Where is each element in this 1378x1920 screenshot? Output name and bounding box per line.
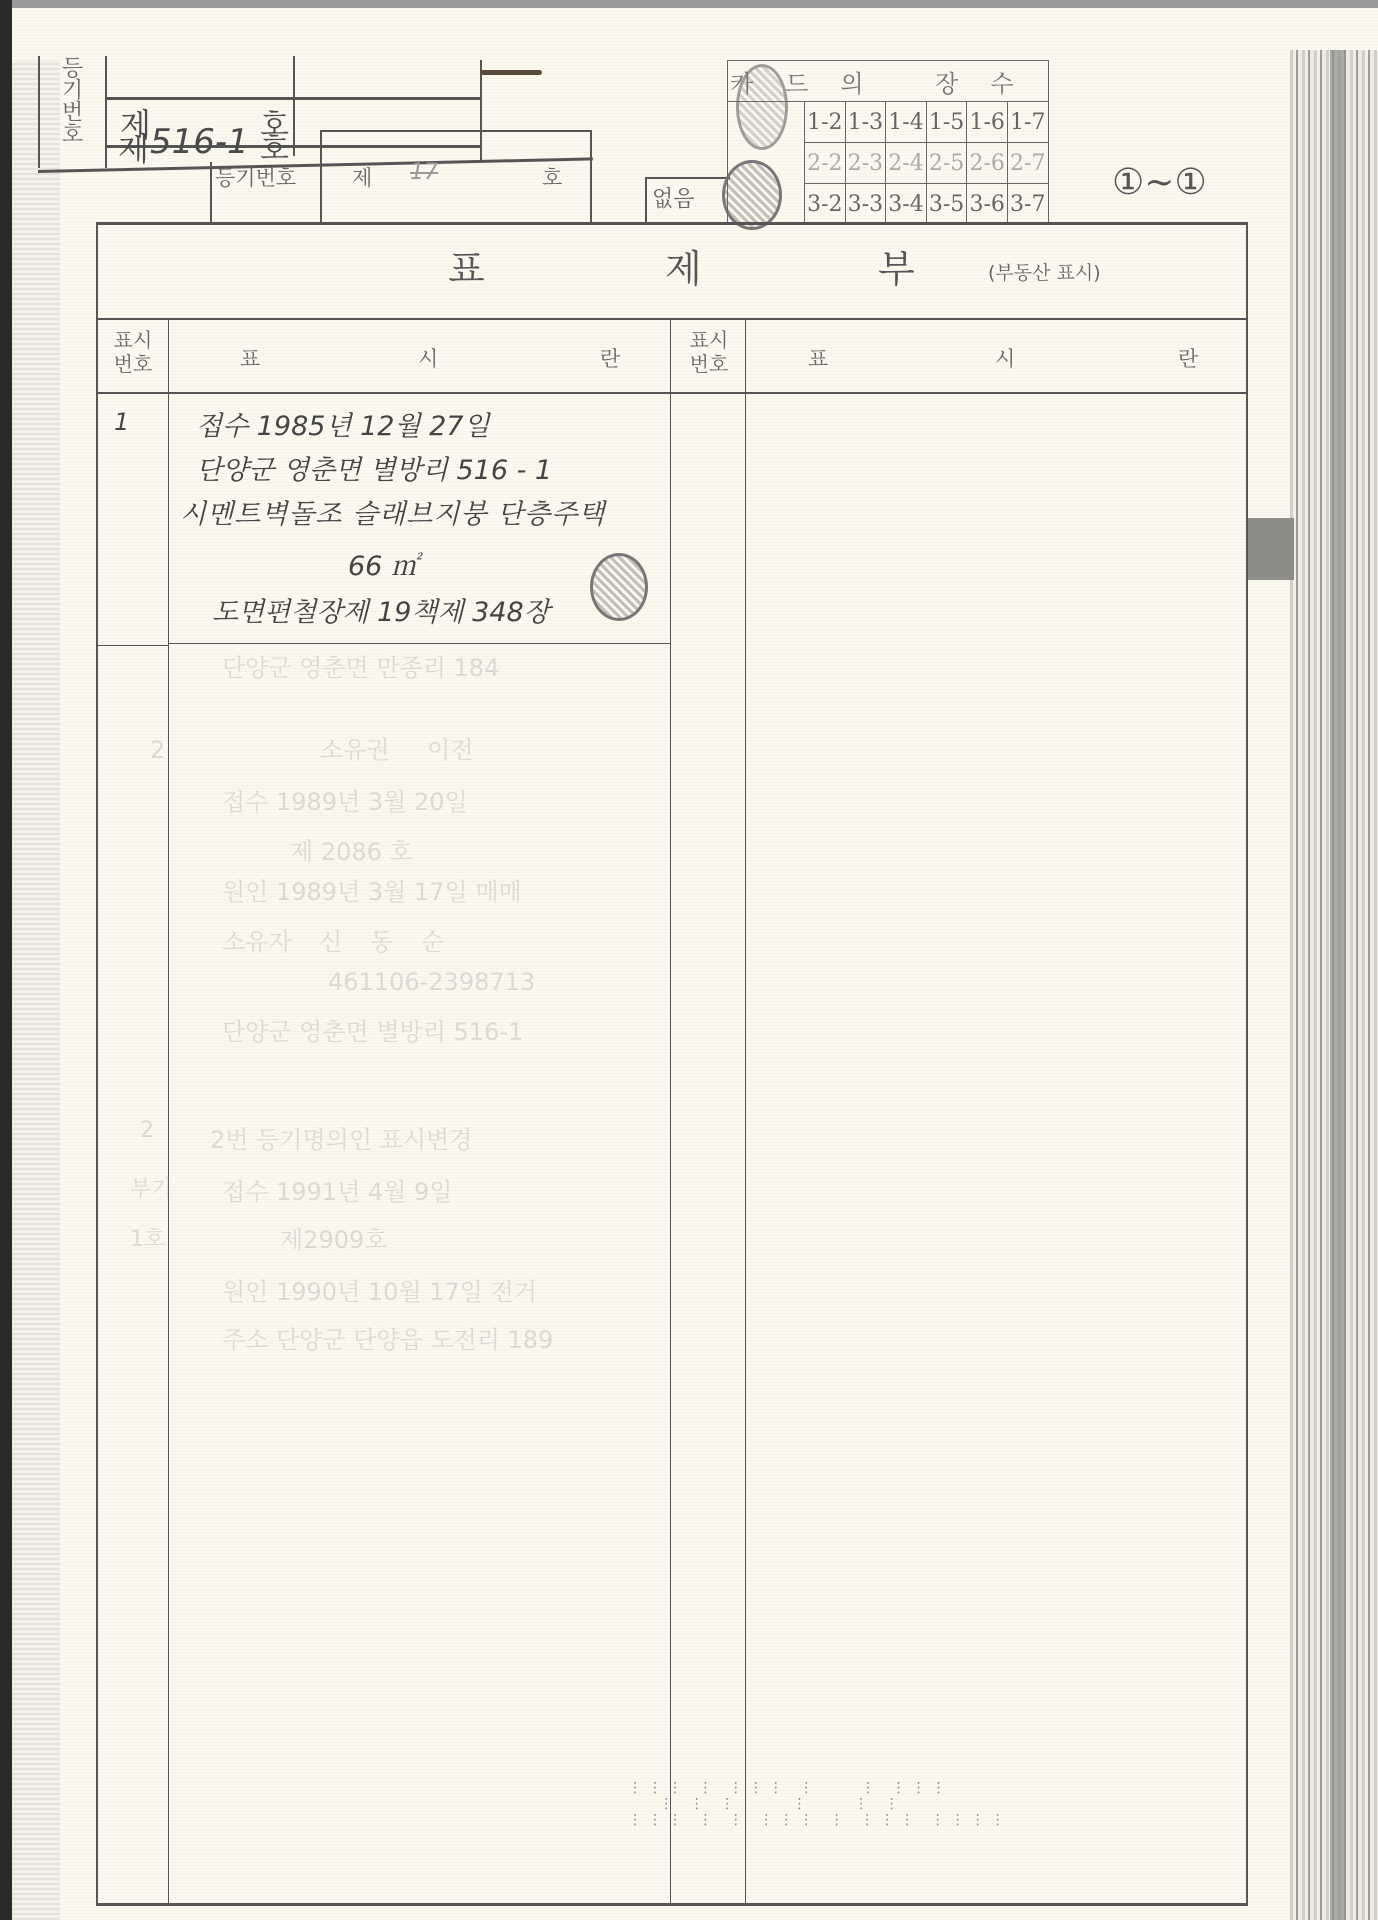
reg-row2-value: 516-1 xyxy=(150,122,249,162)
card-cell: 2-7 xyxy=(1007,143,1048,184)
card-cell: 2-2 xyxy=(805,143,846,184)
left-header-char: 시 xyxy=(418,343,438,373)
faint-line: 접수 1989년 3월 20일 xyxy=(222,782,468,817)
right-header-char: 시 xyxy=(995,343,1015,373)
scan-border-top xyxy=(12,0,1378,8)
faint-line: 소유자 신 동 순 xyxy=(222,922,444,957)
faint-number: 부기 xyxy=(130,1172,173,1203)
card-cell: 3-6 xyxy=(967,184,1008,225)
faint-line: 접수 1991년 4월 9일 xyxy=(222,1172,452,1207)
faint-line: 제2909호 xyxy=(280,1220,387,1255)
card-cell: 2-4 xyxy=(886,143,927,184)
faint-line: 소유권 이전 xyxy=(320,730,474,765)
registry-number-label: 등기번호 xyxy=(215,162,296,192)
entry-line-structure: 시멘트벽돌조 슬래브지붕 단층주택 xyxy=(180,492,605,531)
card-cell: 2-3 xyxy=(845,143,886,184)
title-char-1: 표 xyxy=(448,238,485,293)
card-cell: 3-2 xyxy=(805,184,846,225)
left-header-char: 표 xyxy=(240,343,260,373)
faint-line: 원인 1989년 3월 17일 매매 xyxy=(222,872,522,907)
right-header-char: 란 xyxy=(1178,343,1198,373)
right-number-header: 표시 번호 xyxy=(674,328,744,376)
left-number-header: 표시 번호 xyxy=(100,328,166,376)
entry-line-drawing-ref: 도면편철장제 19책제 348장 xyxy=(212,590,550,629)
stacked-pages-edge xyxy=(1290,50,1378,1920)
card-cell: 1-2 xyxy=(805,102,846,143)
faint-line: 461106-2398713 xyxy=(328,968,535,996)
entry-number: 1 xyxy=(114,408,129,436)
card-count-header: 카드의 장수 xyxy=(728,61,1049,102)
register-number-label: 등기번호 xyxy=(52,56,82,144)
staple-mark xyxy=(480,70,542,75)
card-cell: 1-6 xyxy=(967,102,1008,143)
card-cell: 1-3 xyxy=(845,102,886,143)
right-header-char: 표 xyxy=(808,343,828,373)
title-char-3: 부 xyxy=(878,238,915,293)
faint-number: 2 xyxy=(140,1118,154,1143)
scan-border-left xyxy=(0,0,12,1920)
faint-line: 2번 등기명의인 표시변경 xyxy=(210,1120,472,1155)
dot-matrix-mark: ⋮⋮⋮ ⋮ ⋮⋮⋮ ⋮ ⋮ ⋮⋮⋮ ⋮ ⋮ ⋮ ⋮ ⋮ ⋮ ⋮⋮⋮ ⋮ ⋮ ⋮⋮… xyxy=(628,1780,1011,1828)
none-stamp-label: 없음 xyxy=(652,182,695,213)
faint-line: 제 2086 호 xyxy=(290,832,413,867)
card-count-table: 카드의 장수 1-2 1-3 1-4 1-5 1-6 1-7 2-2 2-3 2… xyxy=(727,60,1049,225)
card-cell: 2-6 xyxy=(967,143,1008,184)
registry-number-prefix: 제 xyxy=(352,162,372,192)
entry-line-area: 66 ㎡ xyxy=(348,544,418,583)
page-tab-marker xyxy=(1248,518,1294,580)
left-header-char: 란 xyxy=(600,343,620,373)
faint-line: 단양군 영춘면 별방리 516-1 xyxy=(222,1012,523,1047)
card-cell: 3-4 xyxy=(886,184,927,225)
registry-number-suffix: 호 xyxy=(542,162,562,192)
faint-line: 주소 단양군 단양읍 도전리 189 xyxy=(222,1320,553,1355)
faint-number: 2 xyxy=(150,736,165,764)
reg-row2-prefix: 제 xyxy=(118,124,149,170)
page-edge-strip xyxy=(12,60,60,1920)
registry-number-value: 17 xyxy=(410,160,438,185)
faint-number: 1호 xyxy=(130,1222,165,1253)
card-cell: 3-7 xyxy=(1007,184,1048,225)
title-char-2: 제 xyxy=(665,238,702,293)
page-range: ①~① xyxy=(1112,162,1207,203)
faint-line: 단양군 영춘면 만종리 184 xyxy=(222,648,499,683)
seal-stamp-icon xyxy=(590,553,648,621)
entry-line-receipt: 접수 1985년 12월 27일 xyxy=(196,404,490,443)
document-subtitle: (부동산 표시) xyxy=(988,258,1101,285)
card-cell: 1-7 xyxy=(1007,102,1048,143)
card-cell: 1-5 xyxy=(926,102,967,143)
card-cell: 3-3 xyxy=(845,184,886,225)
card-cell: 3-5 xyxy=(926,184,967,225)
entry-line-location: 단양군 영춘면 별방리 516 - 1 xyxy=(196,448,552,487)
faint-line: 원인 1990년 10월 17일 전거 xyxy=(222,1272,537,1307)
card-cell: 2-5 xyxy=(926,143,967,184)
card-cell: 1-4 xyxy=(886,102,927,143)
